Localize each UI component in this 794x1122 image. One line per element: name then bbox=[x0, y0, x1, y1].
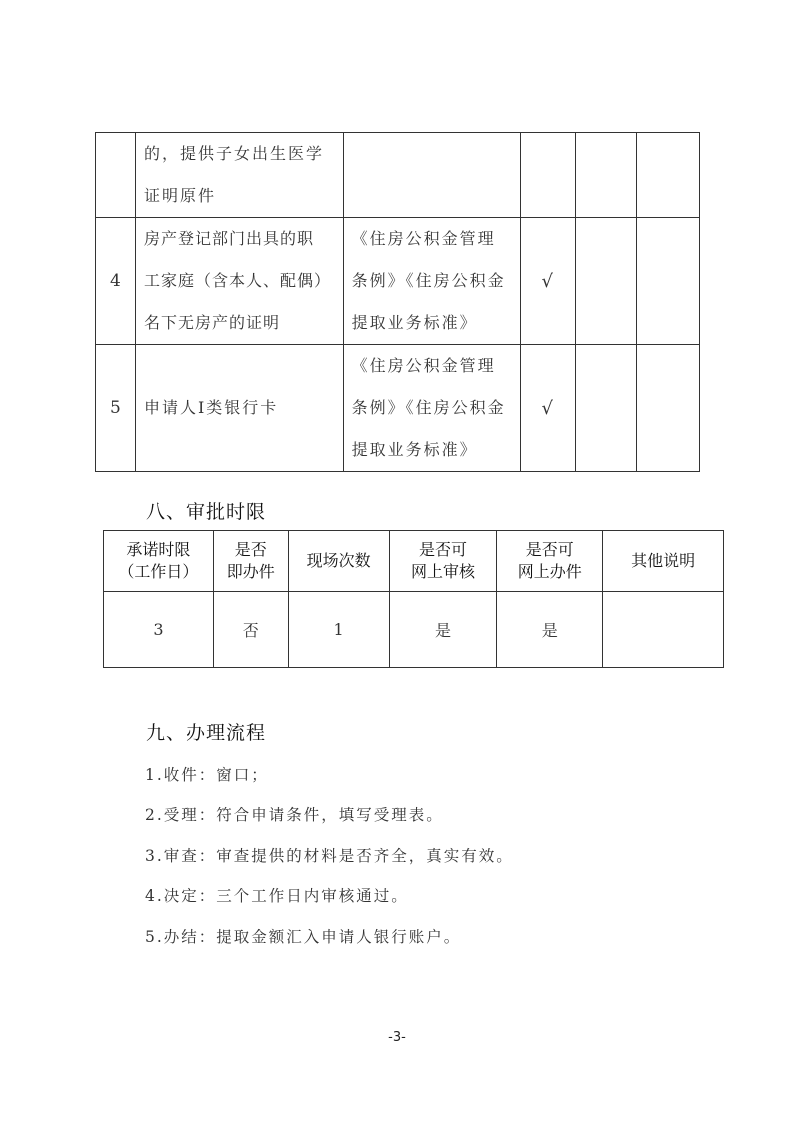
header-online-processing: 是否可 网上办件 bbox=[497, 531, 603, 592]
check-mark bbox=[521, 133, 576, 218]
section-heading-approval-time: 八、审批时限 bbox=[146, 497, 266, 524]
header-instant-processing: 是否 即办件 bbox=[213, 531, 288, 592]
value-committed-days: 3 bbox=[104, 592, 214, 668]
check-mark: √ bbox=[521, 345, 576, 472]
row-number: 4 bbox=[96, 218, 136, 345]
approval-time-table: 承诺时限 （工作日） 是否 即办件 现场次数 是否可 网上审核 是否可 网上办件… bbox=[103, 530, 724, 668]
legal-basis: 《住房公积金管理 条例》《住房公积金 提取业务标准》 bbox=[343, 218, 521, 345]
process-step: 3.审查：审查提供的材料是否齐全，真实有效。 bbox=[145, 844, 514, 866]
legal-basis: 《住房公积金管理 条例》《住房公积金 提取业务标准》 bbox=[343, 345, 521, 472]
value-onsite-visits: 1 bbox=[288, 592, 389, 668]
empty-cell bbox=[637, 218, 700, 345]
empty-cell bbox=[637, 345, 700, 472]
table-row: 4 房产登记部门出具的职 工家庭（含本人、配偶） 名下无房产的证明 《住房公积金… bbox=[96, 218, 700, 345]
value-instant-processing: 否 bbox=[213, 592, 288, 668]
header-committed-days: 承诺时限 （工作日） bbox=[104, 531, 214, 592]
material-description: 房产登记部门出具的职 工家庭（含本人、配偶） 名下无房产的证明 bbox=[135, 218, 343, 345]
value-online-review: 是 bbox=[389, 592, 497, 668]
empty-cell bbox=[576, 218, 637, 345]
check-mark: √ bbox=[521, 218, 576, 345]
empty-cell bbox=[576, 133, 637, 218]
process-step: 4.决定：三个工作日内审核通过。 bbox=[145, 884, 409, 906]
table-header-row: 承诺时限 （工作日） 是否 即办件 现场次数 是否可 网上审核 是否可 网上办件… bbox=[104, 531, 724, 592]
table-row: 的，提供子女出生医学 证明原件 bbox=[96, 133, 700, 218]
page-number: -3- bbox=[0, 1030, 794, 1045]
legal-basis bbox=[343, 133, 521, 218]
table-row: 5 申请人I类银行卡 《住房公积金管理 条例》《住房公积金 提取业务标准》 √ bbox=[96, 345, 700, 472]
value-other-notes bbox=[603, 592, 724, 668]
row-number bbox=[96, 133, 136, 218]
value-online-processing: 是 bbox=[497, 592, 603, 668]
table-row: 3 否 1 是 是 bbox=[104, 592, 724, 668]
header-online-review: 是否可 网上审核 bbox=[389, 531, 497, 592]
empty-cell bbox=[576, 345, 637, 472]
material-description: 的，提供子女出生医学 证明原件 bbox=[135, 133, 343, 218]
header-other-notes: 其他说明 bbox=[603, 531, 724, 592]
process-step: 1.收件：窗口； bbox=[145, 763, 269, 785]
section-heading-process: 九、办理流程 bbox=[146, 718, 266, 745]
row-number: 5 bbox=[96, 345, 136, 472]
process-step: 5.办结：提取金额汇入申请人银行账户。 bbox=[145, 925, 461, 947]
process-step: 2.受理：符合申请条件，填写受理表。 bbox=[145, 803, 444, 825]
header-onsite-visits: 现场次数 bbox=[288, 531, 389, 592]
material-description: 申请人I类银行卡 bbox=[135, 345, 343, 472]
materials-table: 的，提供子女出生医学 证明原件 4 房产登记部门出具的职 工家庭（含本人、配偶）… bbox=[95, 132, 700, 472]
empty-cell bbox=[637, 133, 700, 218]
